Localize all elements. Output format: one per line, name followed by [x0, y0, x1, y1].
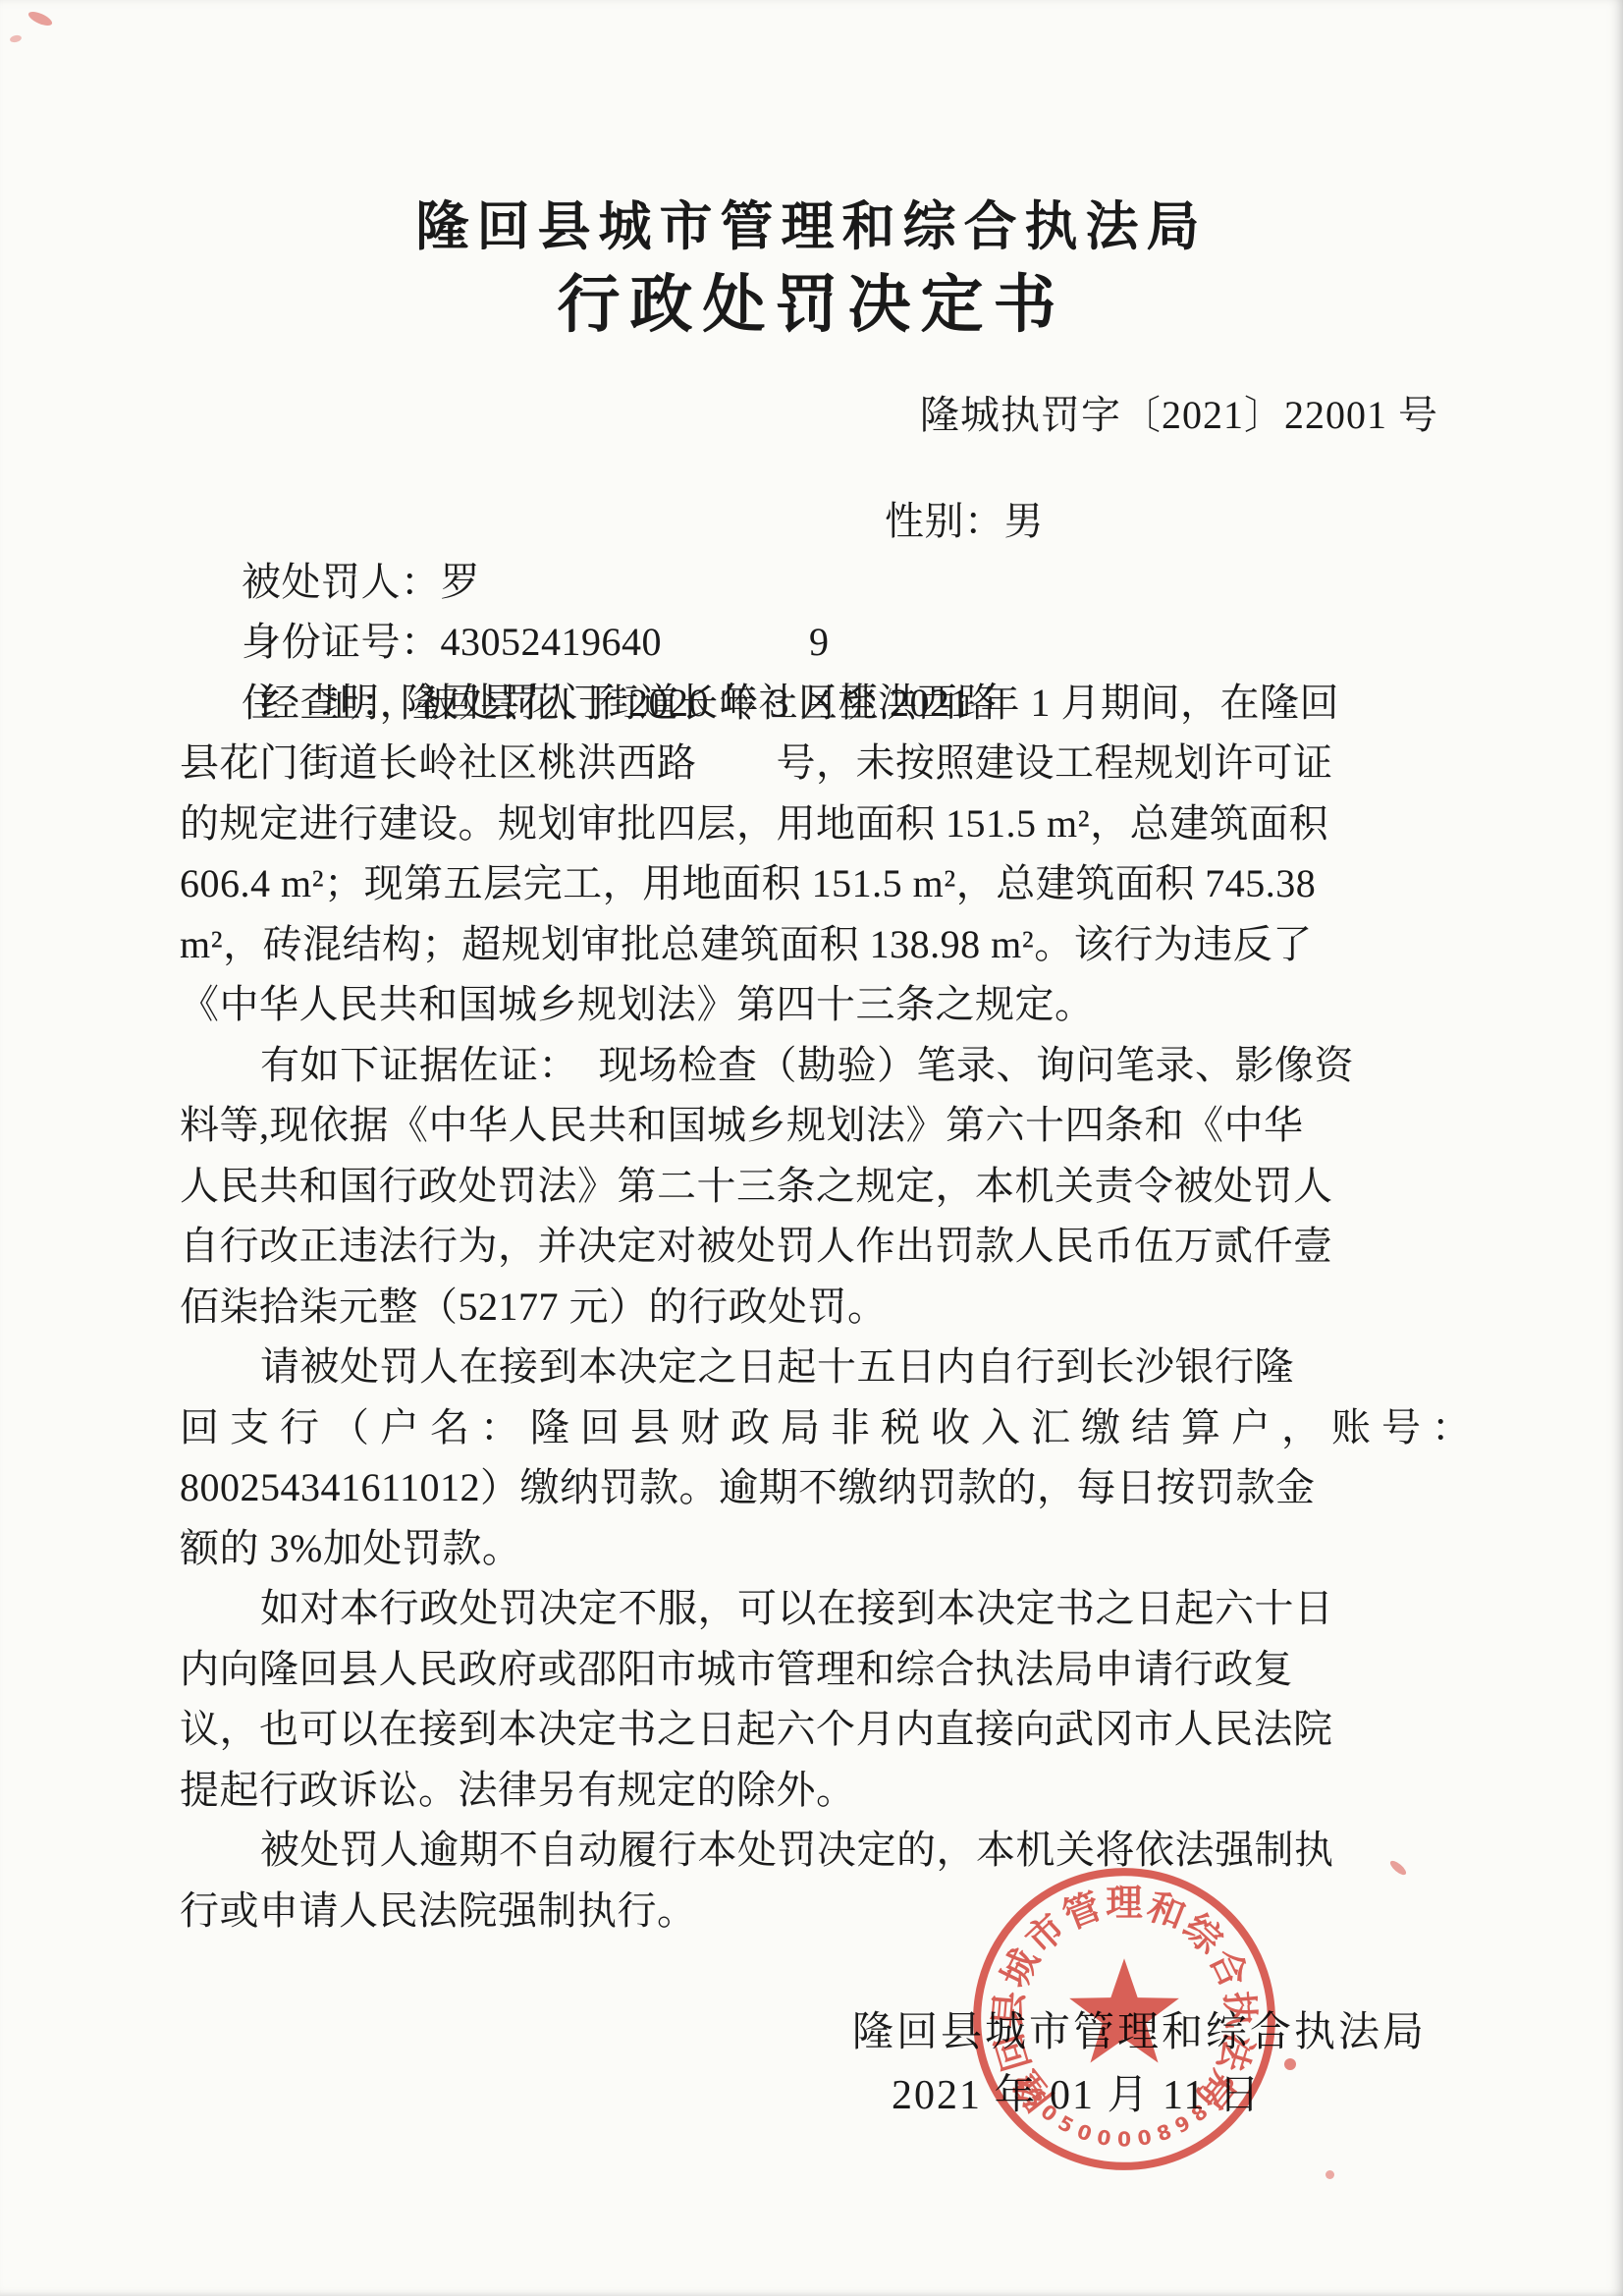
body-line: 经查明，被处罚人于 2020 年 3 月至 2021 年 1 月期间，在隆回 [180, 673, 1456, 734]
body-line: 《中华人民共和国城乡规划法》第四十三条之规定。 [180, 974, 1456, 1035]
body-line: 自行改正违法行为，并决定对被处罚人作出罚款人民币伍万贰仟壹 [180, 1216, 1456, 1277]
scan-ink-speck [1325, 2170, 1334, 2179]
body-line: 如对本行政处罚决定不服，可以在接到本决定书之日起六十日 [180, 1578, 1456, 1639]
id-number-suffix: 9 [809, 612, 830, 673]
seal-arc-char: 执 [1217, 1990, 1261, 2030]
body-line: 提起行政诉讼。法律另有规定的除外。 [180, 1760, 1456, 1821]
body-line: 请被处罚人在接到本决定之日起十五日内自行到长沙银行隆 [180, 1337, 1456, 1397]
body-line: 606.4 m²；现第五层完工，用地面积 151.5 m²，总建筑面积 745.… [180, 853, 1456, 914]
document-content: 被处罚人：罗 性别：男 身份证号：430524196409 住 址：隆回县花门街… [180, 491, 1456, 1941]
seal-arc-char: 理 [1106, 1885, 1143, 1925]
body-line: 内向隆回县人民政府或邵阳市城市管理和综合执法局申请行政复 [180, 1639, 1456, 1700]
penalized-person-label: 被处罚人： [242, 560, 441, 604]
body-line: 议，也可以在接到本决定书之日起六个月内直接向武冈市人民法院 [180, 1699, 1456, 1760]
body-line: 800254341611012）缴纳罚款。逾期不缴纳罚款的，每日按罚款金 [180, 1457, 1456, 1518]
gender-value: 男 [1004, 499, 1045, 543]
document-body: 经查明，被处罚人于 2020 年 3 月至 2021 年 1 月期间，在隆回县花… [180, 673, 1456, 1941]
body-line: 人民共和国行政处罚法》第二十三条之规定，本机关责令被处罚人 [180, 1156, 1456, 1217]
seal-serial-digit: 0 [1095, 2125, 1112, 2151]
id-number-value: 43052419640 [441, 620, 663, 664]
gender-label: 性别： [885, 499, 1004, 543]
seal-arc-char: 县 [988, 1990, 1032, 2030]
body-line: 有如下证据佐证： 现场检查（勘验）笔录、询问笔录、影像资 [180, 1035, 1456, 1096]
seal-serial-digit: 0 [1117, 2128, 1131, 2152]
seal-serial-digit: 8 [1154, 2119, 1174, 2146]
document-number: 隆城执罚字〔2021〕22001 号 [0, 391, 1623, 440]
agency-title: 隆回县城市管理和综合执法局 [0, 0, 1623, 257]
body-line: 料等,现依据《中华人民共和国城乡规划法》第六十四条和《中华 [180, 1095, 1456, 1156]
gender-col: 性别：男 [885, 491, 1044, 552]
document-title: 行政处罚决定书 [0, 269, 1623, 342]
seal-serial-digit: 5 [1055, 2110, 1078, 2138]
body-line: 县花门街道长岭社区桃洪西路 号，未按照建设工程规划许可证 [180, 733, 1456, 793]
official-seal: 隆回县城市管理和综合执法局4305000089875 [965, 1860, 1283, 2178]
scan-ink-speck [1284, 2058, 1296, 2070]
body-line: 佰柒拾柒元整（52177 元）的行政处罚。 [180, 1277, 1456, 1338]
id-number-label: 身份证号： [242, 620, 441, 664]
seal-star-icon [1069, 1958, 1179, 2062]
body-line: m²，砖混结构；超规划审批总建筑面积 138.98 m²。该行为违反了 [180, 914, 1456, 975]
penalized-person-value: 罗 [441, 560, 481, 604]
body-line: 回支行（户名：隆回县财政局非税收入汇缴结算户，账号： [180, 1397, 1456, 1458]
seal-serial-digit: 0 [1136, 2125, 1154, 2151]
penalized-person-row: 被处罚人：罗 性别：男 [180, 491, 1456, 552]
body-line: 额的 3%加处罚款。 [180, 1518, 1456, 1579]
seal-serial-digit: 0 [1074, 2119, 1095, 2146]
body-line: 的规定进行建设。规划审批四层，用地面积 151.5 m²，总建筑面积 [180, 793, 1456, 854]
penalty-decision-document: 隆回县城市管理和综合执法局 行政处罚决定书 隆城执罚字〔2021〕22001 号… [0, 0, 1623, 2296]
